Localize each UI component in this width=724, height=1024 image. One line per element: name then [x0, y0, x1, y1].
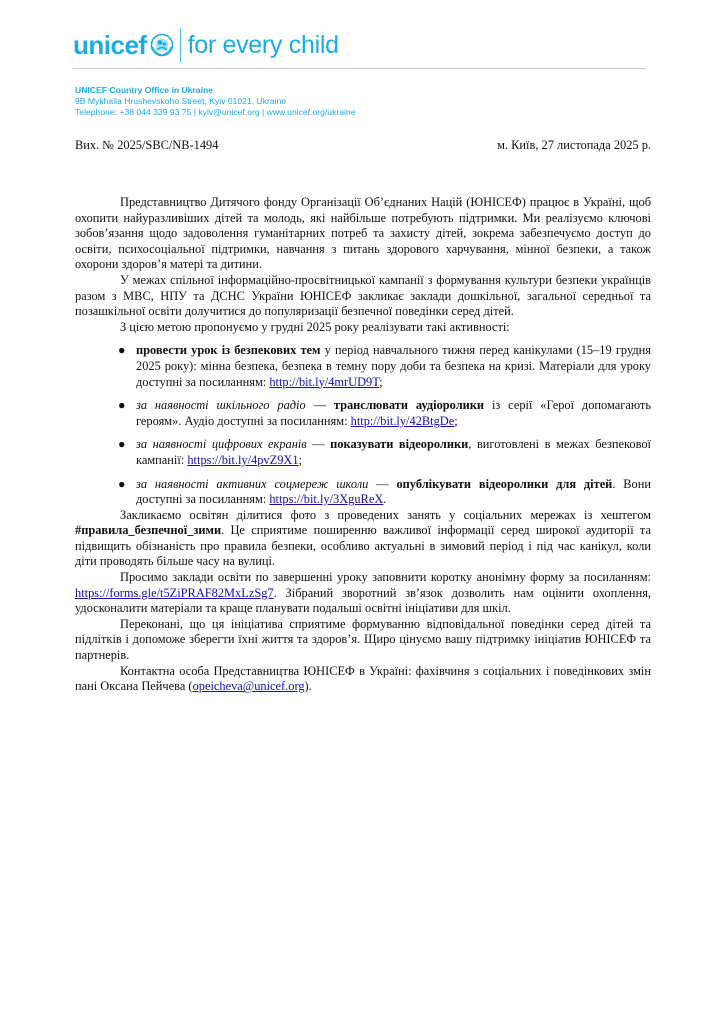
logo-tagline: for every child — [188, 33, 339, 58]
bullet-icon: ● — [118, 343, 125, 359]
bullet-icon: ● — [118, 398, 125, 414]
place-and-date: м. Київ, 27 листопада 2025 р. — [497, 138, 651, 153]
logo-wordmark: unicef — [73, 32, 147, 58]
feedback-form-link[interactable]: https://forms.gle/t5ZiPRAF82MxLzSg7 — [75, 586, 274, 600]
lesson-materials-link[interactable]: http://bit.ly/4mrUD9T — [269, 375, 379, 389]
paragraph-campaign: У межах спільної інформаційно-просвітниц… — [75, 273, 651, 320]
activity-item-social-media: ● за наявності активних соцмереж школи —… — [136, 477, 651, 508]
activities-list: ● провести урок із безпекових тем у пері… — [75, 343, 651, 507]
unicef-logo: unicef for every child — [73, 26, 339, 64]
activity-item-screens: ● за наявності цифрових екранів — показу… — [136, 437, 651, 468]
activity-item-radio: ● за наявності шкільного радіо — транслю… — [136, 398, 651, 429]
letter-body: Представництво Дитячого фонду Організаці… — [75, 195, 651, 695]
office-address-block: UNICEF Country Office in Ukraine 9B Mykh… — [75, 85, 355, 118]
bullet-icon: ● — [118, 477, 125, 493]
campaign-videos-link[interactable]: https://bit.ly/4pvZ9X1 — [187, 453, 298, 467]
logo-divider — [180, 28, 181, 62]
bullet-icon: ● — [118, 437, 125, 453]
letter-page: unicef for every child UNICEF Country Of… — [0, 0, 724, 1024]
office-contacts: Telephone: +38 044 339 93 75 | kyiv@unic… — [75, 107, 355, 118]
paragraph-closing: Переконані, що ця ініціатива сприятиме ф… — [75, 617, 651, 664]
office-name: UNICEF Country Office in Ukraine — [75, 85, 355, 96]
paragraph-hashtag: Закликаємо освітян ділитися фото з прове… — [75, 508, 651, 570]
hashtag: #правила_безпечної_зими — [75, 523, 221, 537]
unicef-globe-emblem-icon — [150, 33, 174, 57]
paragraph-contact-person: Контактна особа Представництва ЮНІСЕФ в … — [75, 664, 651, 695]
header-divider — [73, 68, 646, 69]
paragraph-activities-intro: З цією метою пропонуємо у грудні 2025 ро… — [75, 320, 651, 336]
paragraph-feedback-form: Просимо заклади освіти по завершенні уро… — [75, 570, 651, 617]
paragraph-intro: Представництво Дитячого фонду Організаці… — [75, 195, 651, 273]
contact-email-link[interactable]: opeicheva@unicef.org — [193, 679, 305, 693]
activity-item-lesson: ● провести урок із безпекових тем у пері… — [136, 343, 651, 390]
outgoing-reference-number: Вих. № 2025/SBC/NB-1494 — [75, 138, 218, 153]
office-address: 9B Mykhaila Hrushevskoho Street, Kyiv 01… — [75, 96, 355, 107]
kids-videos-link[interactable]: https://bit.ly/3XguReX — [269, 492, 383, 506]
audio-clips-link[interactable]: http://bit.ly/42BtgDe — [351, 414, 455, 428]
